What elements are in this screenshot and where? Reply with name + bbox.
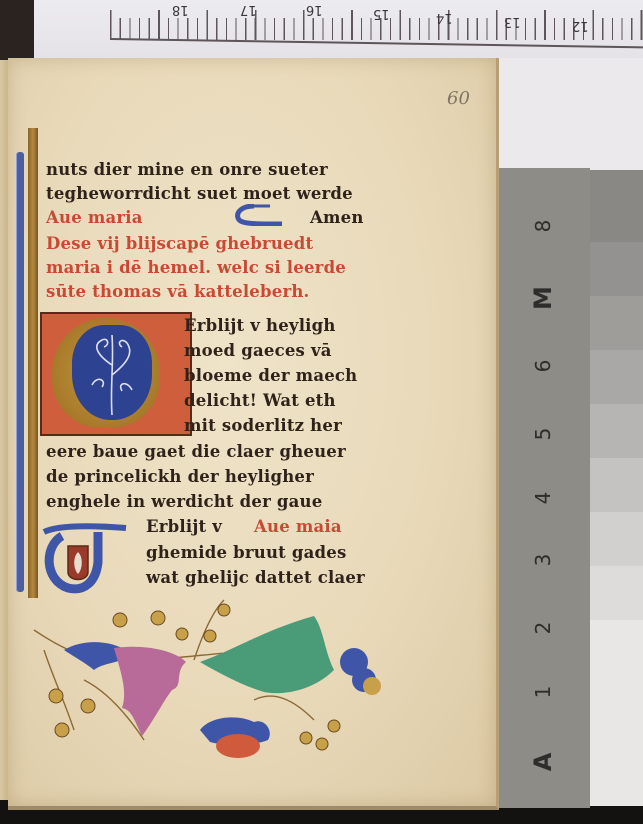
swatch <box>590 350 643 404</box>
ruler-label: 18 <box>172 2 189 17</box>
swatch <box>590 620 643 806</box>
swatch <box>590 566 643 620</box>
text-line: wat ghelijc dattet claer <box>146 568 365 587</box>
gray-label: 5 <box>531 416 555 452</box>
ruler-label: 15 <box>373 6 390 21</box>
text-line: nuts dier mine en onre sueter <box>46 160 328 179</box>
gray-label: 8 <box>531 208 555 244</box>
swatch <box>590 242 643 296</box>
gray-label: 4 <box>531 480 555 516</box>
gray-label: M <box>529 280 557 316</box>
text-line: eere baue gaet die claer gheuer <box>46 442 346 461</box>
text-line: moed gaeces vā <box>184 341 332 360</box>
text-line: bloeme der maech <box>184 366 357 385</box>
blue-border-bar <box>16 152 24 592</box>
swatch <box>590 404 643 458</box>
text-line: Erblijt v heyligh <box>184 316 336 335</box>
ruler-label: 13 <box>504 14 521 29</box>
text-line: maria i dē hemel. welc si leerde <box>46 258 346 277</box>
text-line: tegheworrdicht suet moet werde <box>46 184 353 203</box>
text-line: delicht! Wat eth <box>184 391 336 410</box>
text-line: Aue maria <box>46 208 143 227</box>
text-line: enghele in werdicht der gaue <box>46 492 322 511</box>
text-line: Amen <box>310 208 364 227</box>
decorated-initial-icon <box>40 522 130 594</box>
gray-swatches <box>590 170 643 806</box>
gray-scale-target: 8 M 6 5 4 3 2 1 A <box>497 168 590 808</box>
ruler-label: 17 <box>240 2 257 17</box>
text-line: mit soderlitz her <box>184 416 342 435</box>
text-line: sūte thomas vā katteleberh. <box>46 282 309 301</box>
text-line: Aue maia <box>254 517 342 536</box>
ruler-label: 14 <box>436 10 453 25</box>
white-filigree-icon <box>72 325 152 420</box>
folio-number: 60 <box>447 88 470 109</box>
swatch <box>590 458 643 512</box>
text-line: Erblijt v <box>146 517 222 536</box>
swatch <box>590 170 643 242</box>
gray-label: A <box>529 744 557 780</box>
ruler-label: 16 <box>306 2 323 17</box>
measuring-ruler: 18 17 16 15 14 13 12 <box>34 0 643 62</box>
gold-border-bar <box>28 128 38 598</box>
text-line: Dese vij blijscapē ghebruedt <box>46 234 313 253</box>
white-card <box>490 58 643 170</box>
gray-label: 2 <box>531 610 555 646</box>
ruler-label: 12 <box>572 18 589 33</box>
gray-label: 1 <box>531 674 555 710</box>
text-line: de princelickh der heyligher <box>46 467 314 486</box>
swatch <box>590 512 643 566</box>
gray-label: 3 <box>531 542 555 578</box>
initial-blue-field <box>72 325 152 420</box>
swatch <box>590 296 643 350</box>
text-line: ghemide bruut gades <box>146 543 346 562</box>
blue-paragraph-mark-icon <box>234 204 284 226</box>
gray-label: 6 <box>531 348 555 384</box>
floral-border-icon <box>24 590 404 770</box>
